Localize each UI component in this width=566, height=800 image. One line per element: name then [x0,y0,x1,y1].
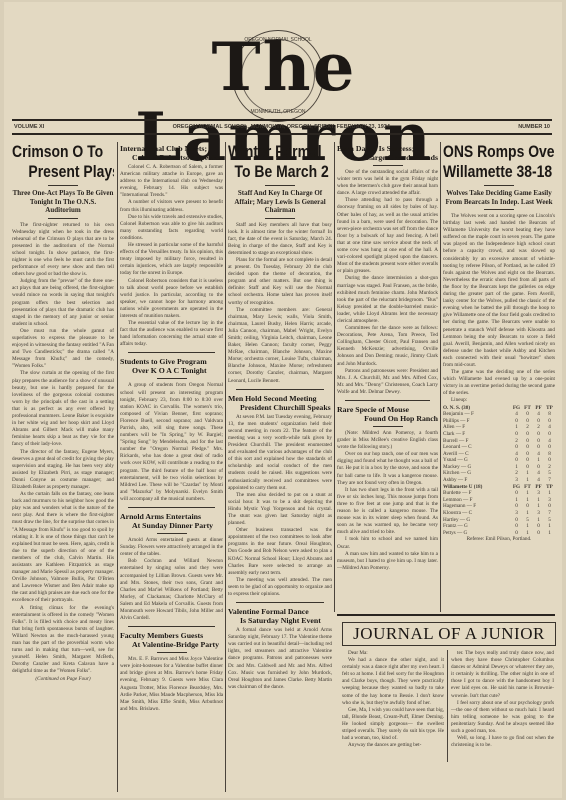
paragraph: Colonel C. A. Robertson of Salem, a form… [120,164,223,199]
lineup-header: O. N. S. (38)FGFTPFTP [443,405,555,412]
paragraph: Judging from the "prevue" of the three o… [12,278,114,328]
paragraph: Plans for the formal are not complete in… [228,257,332,307]
dateline: VOLUME XI OREGON NORMAL SCHOOL, MONMOUTH… [14,124,550,130]
column-4: Barn Dance Is Success; Large Crowd Atten… [337,142,438,607]
lineup-row: Burdette — F0131 [443,490,555,497]
journal-rule [337,614,555,616]
lineup-row: Ysnad — G0010 [443,457,555,464]
paragraph: The slow curtain at the opening of the f… [12,370,114,448]
lineup-row: Ashby — F3147 [443,477,555,484]
lineup-row: Phillips — F0000 [443,418,555,425]
paragraph: During the dance intermission a shot-gun… [337,275,438,325]
journal-left-column: Dear Ma: We had a dance the other night,… [342,650,444,749]
newspaper-page: OREGON NORMAL SCHOOL MONMOUTH, OREGON Th… [4,2,562,798]
subheadline: Staff And Key In Charge Of Affair; Mary … [228,189,332,215]
paragraph: I took him to school and we named him Os… [337,536,438,550]
paragraph: The director of the fantasy, Eugene Myer… [12,449,114,492]
lineup-header: Willamette U (18)FGFTPFTP [443,484,555,491]
headline-koac-program: Students to Give Program Over K O A C To… [120,357,223,375]
masthead-rule [12,119,552,121]
column-divider [225,142,226,792]
continued-note[interactable]: (Continued on Page Four) [12,676,114,683]
paragraph: A man saw him and wanted to take him to … [337,551,438,572]
paragraph: The game was the deciding one of the ser… [443,369,555,397]
paragraph: One must run the whole gamut of superlat… [12,328,114,371]
paragraph: Patrons and patronesses were: President … [337,368,438,396]
paragraph: The Wolves went on a scoring spree on Li… [443,213,555,369]
paragraph: The committee members are: General chair… [228,307,332,385]
paragraph: The men also decided to put on a stunt a… [228,492,332,527]
paragraph: Gee, Ma, I wish you could have seen that… [342,707,444,742]
paragraph: One of the outstanding social affairs of… [337,169,438,197]
paragraph: Over on our hop ranch, one of our men wa… [337,451,438,486]
paragraph: I feel sorry about one of our psychology… [451,700,554,735]
paragraph: Anyway the dances are getting bet- [342,742,444,749]
lineup-row: Benjamin — F4048 [443,411,555,418]
paragraph: A formal dance was held at Arnold Arms S… [228,627,332,691]
column-5: ONS Romps Over Willamette 38-18 Wolves T… [443,142,555,612]
volume-label: VOLUME XI [14,124,44,130]
headline-rare-mouse: Rare Specie of Mouse Found On Hop Ranch [337,405,438,423]
lineup-table: O. N. S. (38)FGFTPFTPBenjamin — F4048Phi… [443,405,555,543]
lineup-row: Kloostra — C3137 [443,510,555,517]
paragraph: Committees for the dance were as follows… [337,325,438,368]
referee-note: Referee: Emil Pilson, Portland. [443,536,555,543]
headline-faculty-members: Faculty Members Guests At Valentine-Brid… [120,631,223,649]
paragraph: The first-nighter returned to his own We… [12,222,114,279]
lineup-row: Frantz — G0101 [443,523,555,530]
paragraph: A group of students from Oregon Normal s… [120,382,223,503]
lineup-row: Mackey — G1002 [443,464,555,471]
paragraph: Colonel Robertson considers that it is u… [120,278,223,321]
headline: Winter Formal [228,142,313,162]
paragraph: (Note: Mildred Ann Pomeroy, a fourth gra… [337,430,438,451]
headline: Willamette 38-18 [443,162,535,182]
lineup-row: Allen — F1224 [443,424,555,431]
lineup-row: Clark — F0000 [443,431,555,438]
paragraph: Mrs. E. F. Barrows and Miss Joyce Valent… [120,656,223,713]
dateline-rule [12,133,552,135]
lineup-row: Hartley — G0515 [443,517,555,524]
headline-valentine-formal: Valentine Formal Dance Is Saturday Night… [228,607,332,625]
paragraph: Other business transacted was the appoin… [228,527,332,577]
column-divider [117,142,118,792]
paragraph: A fitting climax for the evening's enter… [12,605,114,676]
subheadline: Three One-Act Plays To Be Given Tonight … [12,189,114,215]
lineup-label: Lineup: [443,397,555,404]
lineup-row: Kitchen — G2145 [443,470,555,477]
dateline-text: OREGON NORMAL SCHOOL, MONMOUTH, OREGON, … [173,124,390,130]
journal-title: JOURNAL OF A JUNIOR [342,622,556,646]
paragraph: Dear Ma: [342,650,444,657]
paragraph: He stressed in particular some of the ha… [120,242,223,277]
subheadline: Wolves Take Deciding Game Easily From Be… [443,189,555,206]
headline: Present Plays [12,162,96,182]
paragraph: Staff and Key members all have that busy… [228,222,332,257]
headline: To Be March 2 [228,162,313,182]
paragraph: The essential value of the lecture lay i… [120,320,223,348]
masthead: OREGON NORMAL SCHOOL MONMOUTH, OREGON Th… [4,2,562,120]
paragraph: Arnold Arms entertained guests at dinner… [120,537,223,558]
column-2: International Club Meets; Colonel Robert… [120,142,223,742]
paragraph: Due to his wide travels and extensive st… [120,214,223,242]
paragraph: At seven P.M. last Tuesday evening, Febr… [228,414,332,492]
paragraph: We had a dance the other night, and it c… [342,657,444,707]
headline-barn-dance: Barn Dance Is Success; Large Crowd Atten… [337,144,438,162]
paragraph: It has two short legs in the front with … [337,487,438,537]
headline-international-club: International Club Meets; Colonel Robert… [120,144,223,162]
paragraph: Those attending had to pass through a do… [337,197,438,275]
column-divider [334,142,335,612]
paragraph: ter. The boys really and truly dance now… [451,650,554,700]
column-divider [440,142,441,612]
article-crimson-o-plays: Crimson O To Present Plays Three One-Act… [12,142,114,800]
lineup-row: Burrell — F2004 [443,438,555,445]
paragraph: Bob Cochran and Willard Newton entertain… [120,558,223,622]
lineup-row: Lemmon — F1113 [443,497,555,504]
paragraph: A number of visitors were present to ben… [120,199,223,213]
column-3: Winter Formal To Be March 2 Staff And Ke… [228,142,332,772]
headline: Crimson O To [12,142,96,162]
lineup-row: Averill — C4048 [443,451,555,458]
paragraph: As the curtain falls on the fantasy, one… [12,491,114,605]
headline-arnold-arms: Arnold Arms Entertains At Sunday Dinner … [120,512,223,530]
headline: ONS Romps Over [443,142,535,162]
headline-men-meeting: Men Hold Second Meeting President Church… [228,394,332,412]
journal-right-column: ter. The boys really and truly dance now… [451,650,554,749]
lineup-row: Leonard — C0000 [443,444,555,451]
paragraph: The meeting was well attended. The men s… [228,577,332,598]
issue-number: NUMBER 10 [518,124,550,130]
column-divider [447,650,448,762]
lineup-row: Hagemann — F0010 [443,503,555,510]
paragraph: Well, so long. I have to go find out whe… [451,735,554,749]
